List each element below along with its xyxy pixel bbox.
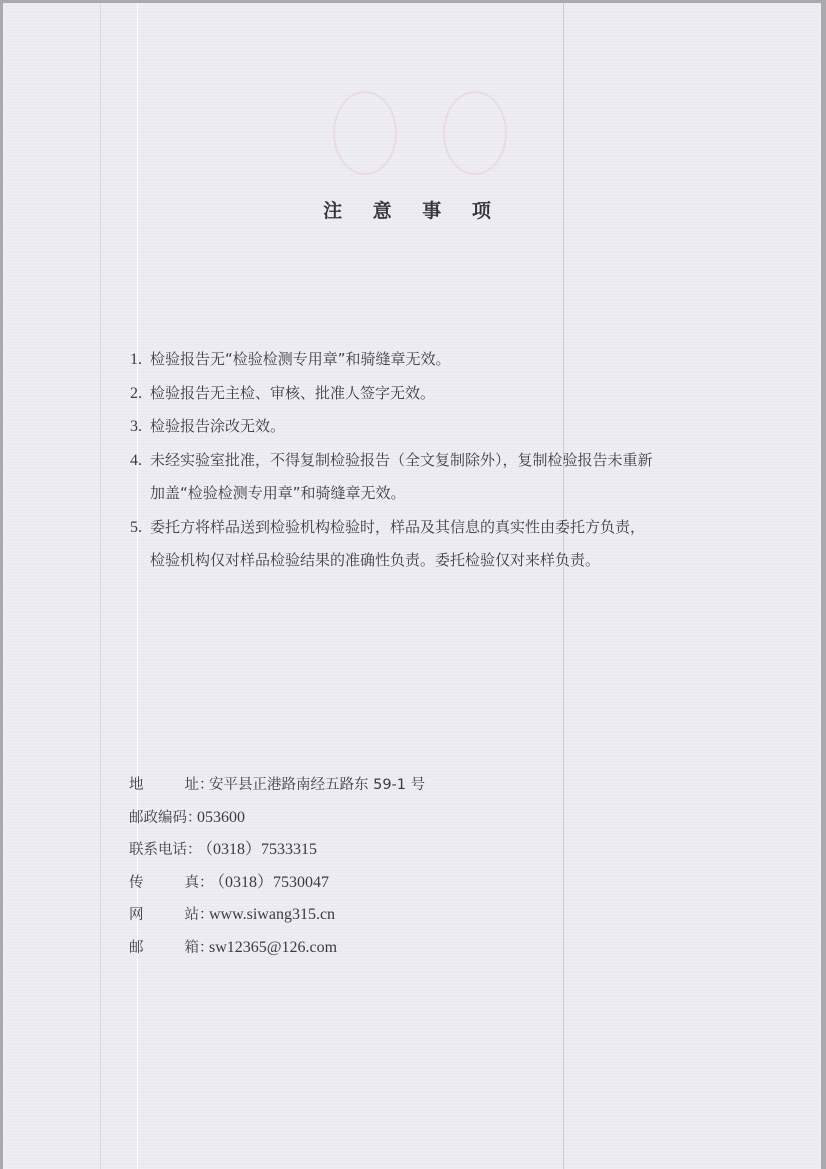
email-value: sw12365@126.com [209,939,337,956]
fold-line [137,3,138,1169]
fax-label: 传真 [129,867,199,900]
fold-line [100,3,101,1169]
postcode-label: 邮政编码 [129,810,187,826]
fax-value: （0318）7530047 [209,874,329,891]
note-number: 5. [130,511,150,545]
website-value: www.siwang315.cn [209,906,335,923]
note-text: 检验报告涂改无效。 [150,417,285,435]
note-item-3: 3.检验报告涂改无效。 [130,410,730,444]
note-item-5: 5.委托方将样品送到检验机构检验时，样品及其信息的真实性由委托方负责， 检验机构… [130,511,730,578]
address-label: 地址 [129,769,199,802]
note-item-4: 4.未经实验室批准，不得复制检验报告（全文复制除外），复制检验报告未重新 加盖“… [130,444,730,511]
note-item-2: 2.检验报告无主检、审核、批准人签字无效。 [130,377,730,411]
note-text: 检验报告无主检、审核、批准人签字无效。 [150,384,435,402]
note-text: 检验报告无“检验检测专用章”和骑缝章无效。 [150,350,451,368]
note-text: 委托方将样品送到检验机构检验时，样品及其信息的真实性由委托方负责， [150,518,645,536]
note-number: 4. [130,444,150,478]
note-number: 2. [130,377,150,411]
note-number: 3. [130,410,150,444]
note-text-continued: 加盖“检验检测专用章”和骑缝章无效。 [130,477,730,511]
address-value: 安平县正港路南经五路东 59-1 号 [209,777,425,793]
faded-stamp-mark [333,91,397,175]
website-label: 网站 [129,899,199,932]
document-page [3,3,821,1169]
note-text-continued: 检验机构仅对样品检验结果的准确性负责。委托检验仅对来样负责。 [130,544,730,578]
postcode-row: 邮政编码：053600 [129,802,425,835]
contact-info: 地址：安平县正港路南经五路东 59-1 号 邮政编码：053600 联系电话：（… [129,769,425,965]
fax-row: 传真：（0318）7530047 [129,867,425,900]
note-number: 1. [130,343,150,377]
note-item-1: 1.检验报告无“检验检测专用章”和骑缝章无效。 [130,343,730,377]
website-row: 网站：www.siwang315.cn [129,899,425,932]
email-row: 邮箱：sw12365@126.com [129,932,425,965]
faded-stamp-mark [443,91,507,175]
fold-line [563,3,564,1169]
postcode-value: 053600 [197,809,245,826]
notes-list: 1.检验报告无“检验检测专用章”和骑缝章无效。 2.检验报告无主检、审核、批准人… [130,343,730,578]
address-row: 地址：安平县正港路南经五路东 59-1 号 [129,769,425,802]
page-title: 注 意 事 项 [0,196,826,223]
email-label: 邮箱 [129,932,199,965]
note-text: 未经实验室批准，不得复制检验报告（全文复制除外），复制检验报告未重新 [150,451,653,469]
phone-label: 联系电话 [129,842,187,858]
phone-value: （0318）7533315 [197,841,317,858]
phone-row: 联系电话：（0318）7533315 [129,834,425,867]
